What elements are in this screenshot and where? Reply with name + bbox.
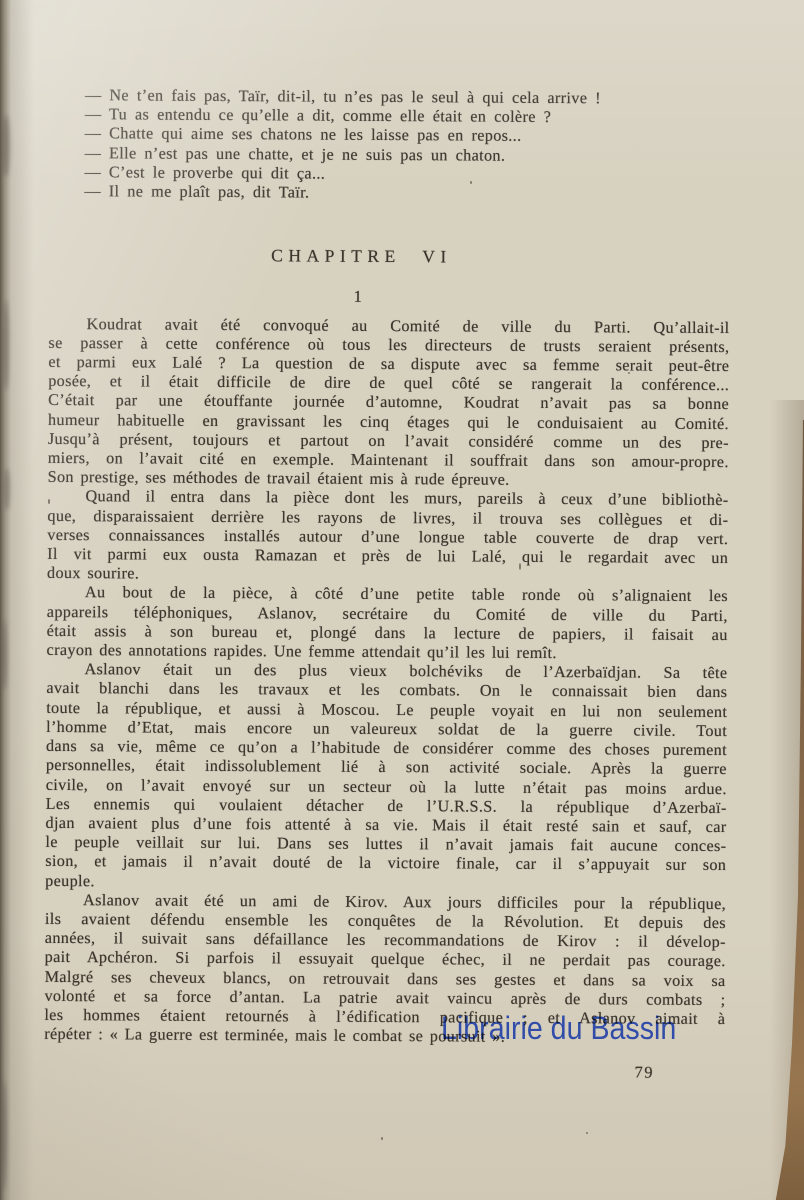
paper-speck (381, 1137, 383, 1140)
book-page-photo: — Ne t’en fais pas, Taïr, dit-il, tu n’e… (0, 0, 804, 1200)
body-text: Koudrat avait été convoqué au Comité de … (44, 315, 729, 1049)
page-edge-streak (4, 468, 10, 510)
book-right-edge (774, 420, 804, 1200)
paragraph: Koudrat avait été convoqué au Comité de … (48, 315, 730, 492)
paper-speck (48, 499, 50, 504)
page-edge-streak (2, 620, 7, 690)
page-left-edge (0, 0, 34, 1200)
dialogue-block: — Ne t’en fais pas, Taïr, dit-il, tu n’e… (84, 86, 731, 205)
text-line: — Il ne me plaît pas, dit Taïr. (84, 182, 730, 205)
page-edge-streak (2, 115, 10, 177)
page-edge-streak (3, 300, 9, 390)
section-number: 1 (18, 285, 699, 308)
paper-speck (470, 181, 472, 184)
printed-page-content: — Ne t’en fais pas, Taïr, dit-il, tu n’e… (44, 86, 731, 1083)
chapter-heading: CHAPITRE VI (21, 245, 702, 268)
paragraph: Au bout de la pièce, à côté d’une petite… (47, 583, 728, 664)
page-edge-streak (1, 1080, 7, 1190)
page-number: 79 (44, 1059, 725, 1082)
paper-speck (586, 1132, 588, 1134)
paper-speck (628, 372, 630, 374)
paragraph: Quand il entra dans la pièce dont les mu… (47, 487, 729, 587)
paragraph: Aslanov était un des plus vieux bolchévi… (45, 660, 727, 895)
paper-speck (519, 563, 521, 570)
watermark: Librairie du Bassin (441, 1012, 676, 1045)
